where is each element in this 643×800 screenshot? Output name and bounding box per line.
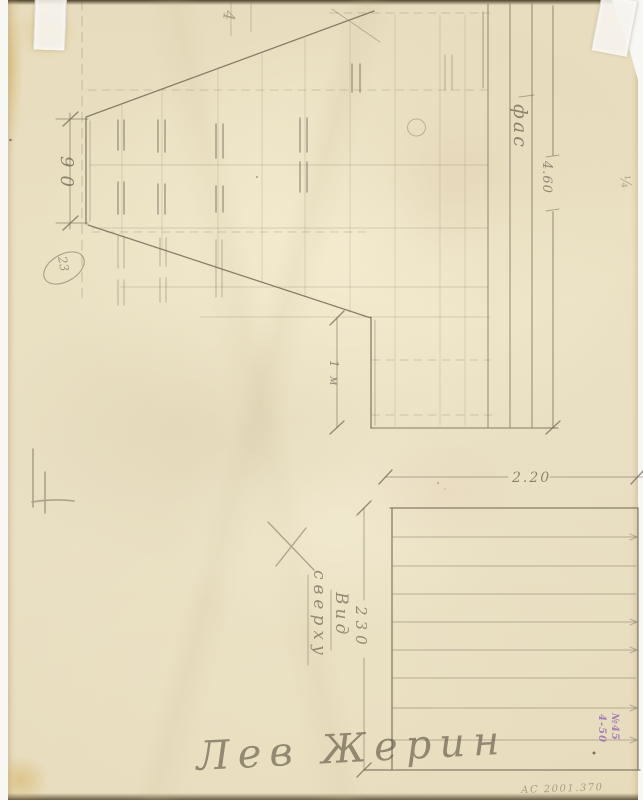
pencil-dot-3: [256, 176, 258, 178]
border-verticals: [488, 4, 553, 427]
facade-label-text: фас: [509, 104, 531, 150]
violet-stamp-line1: №45: [609, 712, 620, 741]
oval-stamp-number: 23: [55, 254, 72, 273]
violet-stamp: №45 4-50: [596, 712, 620, 743]
top-view-label: Вид сверху: [308, 570, 351, 665]
dimension-slash-ticks: [63, 112, 643, 777]
oval-stamp: 23: [38, 245, 90, 290]
dim-1m-text: 1 м: [327, 360, 341, 387]
grid-posts-dark: [118, 64, 360, 214]
top-view-label-line1: Вид: [331, 591, 351, 638]
pencil-dot-1: [9, 139, 11, 141]
dim-90-text: 90: [56, 156, 77, 195]
facade-border-lines: [483, 4, 559, 427]
dimension-220: 2.20: [385, 470, 643, 486]
front-view-drawing: 90 1 м 4.60 фас 4 ¼: [56, 0, 634, 428]
plank-lines: [393, 537, 636, 740]
top-view-label-line2: сверху: [309, 570, 329, 660]
dim-460-text: 4.60: [539, 160, 554, 194]
red-speck-2: [444, 488, 446, 490]
scanned-drawing-sheet: { "front_view": { "label": "фас", "dim_l…: [0, 0, 643, 800]
grid-verticals: [122, 15, 465, 425]
grid-posts-faint: [118, 55, 452, 305]
top-4-mark: 4: [219, 9, 239, 22]
dim-230-text: 230: [352, 605, 370, 650]
grid-horizontals-dashed: [88, 13, 492, 415]
plank-arrowheads: [630, 534, 637, 743]
quarter-mark: ¼: [616, 174, 634, 190]
dimension-90: 90: [56, 113, 88, 229]
marks-layer: 23 №45 4-50 Лев Жерин АС 2001.370: [9, 139, 620, 796]
accession-number: АС 2001.370: [520, 782, 604, 796]
pencil-circle-doodle: [408, 119, 426, 136]
pencil-drawing-layer: 90 1 м 4.60 фас 4 ¼ 2.20 230 Ви: [0, 0, 643, 800]
red-speck-1: [437, 482, 439, 484]
violet-stamp-line2: 4-50: [596, 714, 607, 743]
grid-horizontals: [90, 165, 490, 317]
facade-label: фас: [509, 95, 534, 150]
dimension-460: 4.60: [539, 160, 554, 194]
dim-220-text: 2.20: [511, 470, 551, 486]
dimension-1m: 1 м: [327, 318, 341, 428]
margin-numeral-4: [32, 449, 74, 513]
pencil-dot-2: [593, 752, 596, 755]
tape-top-left: [33, 0, 67, 51]
signature: Лев Жерин: [193, 718, 508, 780]
x-cross-mark: [268, 522, 314, 570]
